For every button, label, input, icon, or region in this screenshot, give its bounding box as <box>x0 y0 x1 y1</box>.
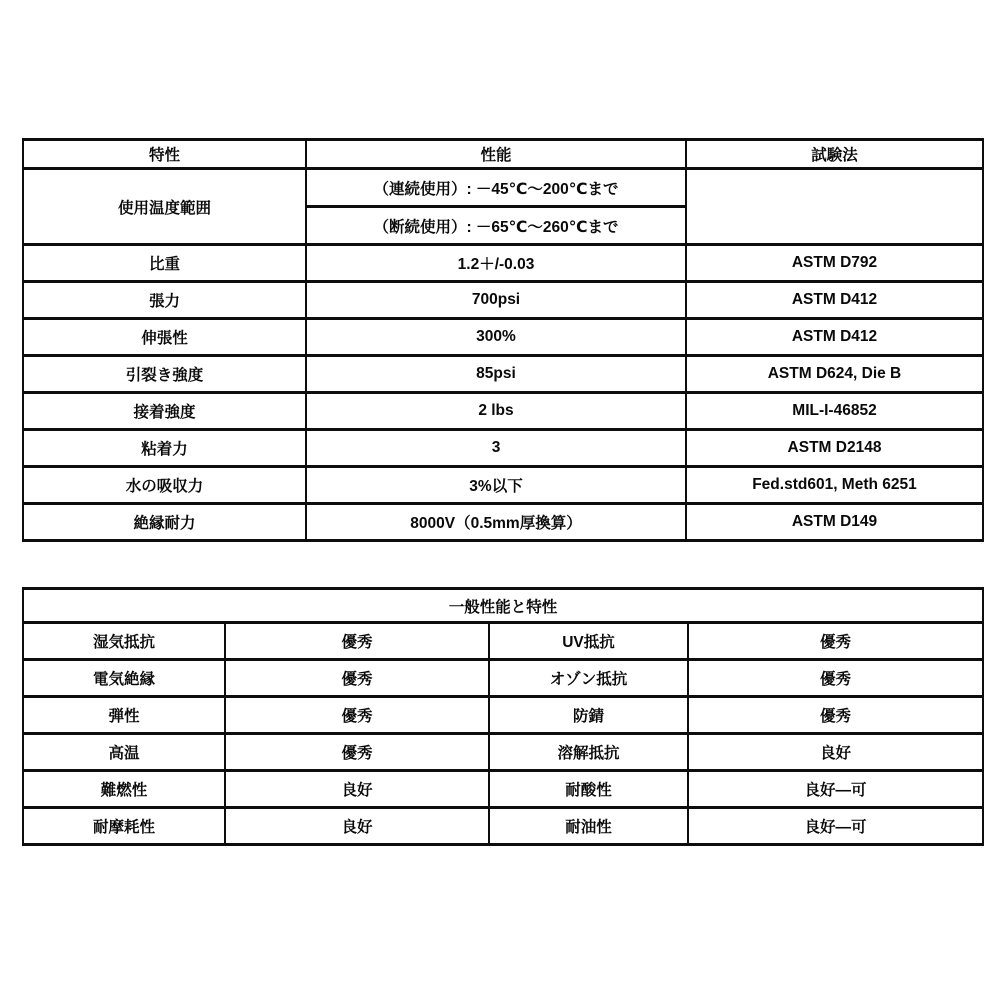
spec-cell-property: 伸張性 <box>23 319 306 356</box>
spec-cell-value: 2 lbs <box>306 393 686 430</box>
general-cell-right-value: 良好 <box>688 734 983 771</box>
general-cell-left-label: 湿気抵抗 <box>23 623 225 660</box>
general-cell-right-value: 良好—可 <box>688 771 983 808</box>
table-row: 伸張性 300% ASTM D412 <box>23 319 983 356</box>
spec-cell-value: 1.2＋/-0.03 <box>306 245 686 282</box>
spec-cell-property: 絶縁耐力 <box>23 504 306 541</box>
general-cell-right-label: UV抵抗 <box>489 623 688 660</box>
spec-cell-method: ASTM D2148 <box>686 430 983 467</box>
general-cell-left-label: 高温 <box>23 734 225 771</box>
spec-cell-property: 比重 <box>23 245 306 282</box>
table-row: 粘着力 3 ASTM D2148 <box>23 430 983 467</box>
general-table: 一般性能と特性 湿気抵抗 優秀 UV抵抗 優秀 電気絶縁 優秀 オゾン抵抗 優秀… <box>22 587 984 846</box>
spec-cell-value: 3%以下 <box>306 467 686 504</box>
spec-cell-property: 粘着力 <box>23 430 306 467</box>
general-cell-left-label: 耐摩耗性 <box>23 808 225 845</box>
general-cell-left-value: 優秀 <box>225 660 489 697</box>
table-row: 弾性 優秀 防錆 優秀 <box>23 697 983 734</box>
table-row: 比重 1.2＋/-0.03 ASTM D792 <box>23 245 983 282</box>
spec-cell-method: ASTM D149 <box>686 504 983 541</box>
general-cell-left-value: 良好 <box>225 808 489 845</box>
general-cell-right-label: 溶解抵抗 <box>489 734 688 771</box>
spec-cell-value: 8000V（0.5mm厚換算） <box>306 504 686 541</box>
spec-header-test-method: 試験法 <box>686 140 983 169</box>
table-row: 水の吸収力 3%以下 Fed.std601, Meth 6251 <box>23 467 983 504</box>
spec-table: 特性 性能 試験法 使用温度範囲 （連続使用）: －45℃～200℃まで （断続… <box>22 138 984 542</box>
page: 特性 性能 試験法 使用温度範囲 （連続使用）: －45℃～200℃まで （断続… <box>0 0 1000 1000</box>
table-row: 引裂き強度 85psi ASTM D624, Die B <box>23 356 983 393</box>
general-cell-left-label: 電気絶縁 <box>23 660 225 697</box>
spec-cell-property: 水の吸収力 <box>23 467 306 504</box>
spec-cell-value: 700psi <box>306 282 686 319</box>
table-row: 張力 700psi ASTM D412 <box>23 282 983 319</box>
spec-cell-temperature-continuous: （連続使用）: －45℃～200℃まで <box>306 169 686 207</box>
table-row: 耐摩耗性 良好 耐油性 良好—可 <box>23 808 983 845</box>
general-cell-left-label: 弾性 <box>23 697 225 734</box>
spec-cell-value: 3 <box>306 430 686 467</box>
table-row: 電気絶縁 優秀 オゾン抵抗 優秀 <box>23 660 983 697</box>
spec-cell-property: 接着強度 <box>23 393 306 430</box>
table-row: 湿気抵抗 優秀 UV抵抗 優秀 <box>23 623 983 660</box>
spec-cell-value: 300% <box>306 319 686 356</box>
spec-cell-property: 張力 <box>23 282 306 319</box>
general-cell-right-value: 優秀 <box>688 623 983 660</box>
table-row: 高温 優秀 溶解抵抗 良好 <box>23 734 983 771</box>
spec-cell-property: 引裂き強度 <box>23 356 306 393</box>
general-cell-left-value: 優秀 <box>225 734 489 771</box>
spec-cell-method: ASTM D624, Die B <box>686 356 983 393</box>
general-table-title: 一般性能と特性 <box>23 589 983 623</box>
spec-cell-method: MIL-I-46852 <box>686 393 983 430</box>
general-cell-right-value: 良好—可 <box>688 808 983 845</box>
general-cell-left-value: 優秀 <box>225 697 489 734</box>
general-cell-right-label: 防錆 <box>489 697 688 734</box>
general-cell-right-value: 優秀 <box>688 660 983 697</box>
spec-header-performance: 性能 <box>306 140 686 169</box>
spec-cell-method: ASTM D792 <box>686 245 983 282</box>
general-cell-left-value: 良好 <box>225 771 489 808</box>
spec-cell-value: 85psi <box>306 356 686 393</box>
spec-cell-method: Fed.std601, Meth 6251 <box>686 467 983 504</box>
spec-header-property: 特性 <box>23 140 306 169</box>
table-row: 難燃性 良好 耐酸性 良好—可 <box>23 771 983 808</box>
general-title-row: 一般性能と特性 <box>23 589 983 623</box>
table-row: 接着強度 2 lbs MIL-I-46852 <box>23 393 983 430</box>
general-cell-right-label: オゾン抵抗 <box>489 660 688 697</box>
general-cell-right-label: 耐酸性 <box>489 771 688 808</box>
table-row: 絶縁耐力 8000V（0.5mm厚換算） ASTM D149 <box>23 504 983 541</box>
spec-cell-method: ASTM D412 <box>686 319 983 356</box>
spec-header-row: 特性 性能 試験法 <box>23 140 983 169</box>
spec-cell-temperature-method <box>686 169 983 245</box>
spec-row-temperature-continuous: 使用温度範囲 （連続使用）: －45℃～200℃まで <box>23 169 983 207</box>
spec-cell-temperature-intermittent: （断続使用）: －65℃～260℃まで <box>306 207 686 245</box>
spec-cell-temperature-property: 使用温度範囲 <box>23 169 306 245</box>
spec-cell-method: ASTM D412 <box>686 282 983 319</box>
general-cell-left-label: 難燃性 <box>23 771 225 808</box>
general-cell-right-value: 優秀 <box>688 697 983 734</box>
general-cell-right-label: 耐油性 <box>489 808 688 845</box>
general-cell-left-value: 優秀 <box>225 623 489 660</box>
